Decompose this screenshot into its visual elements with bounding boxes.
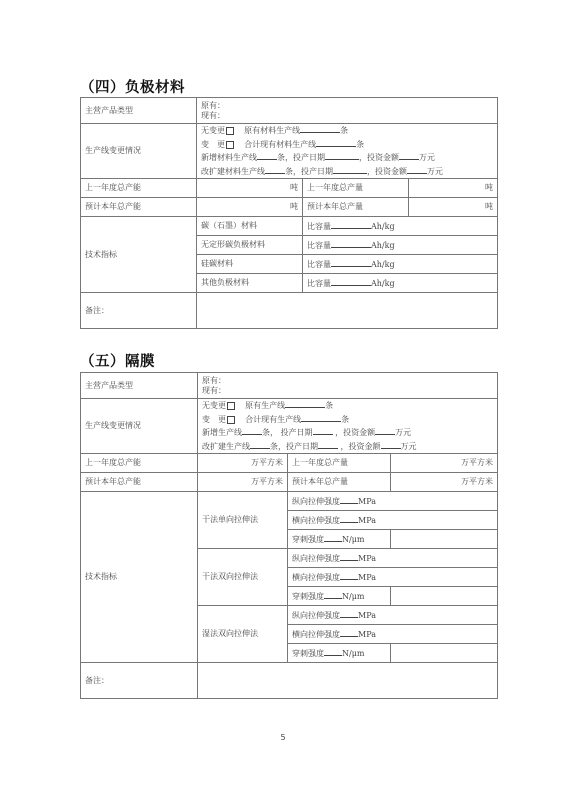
section-4-title: （四）负极材料 [80, 76, 185, 97]
spec-field[interactable]: 纵向拉伸强度MPa [288, 492, 498, 511]
est-output-label: 预计本年总产量 [288, 473, 391, 492]
remarks-label: 备注： [81, 663, 198, 699]
method-name: 湿法双向拉伸法 [198, 606, 288, 663]
spec-extra-field[interactable] [391, 644, 498, 663]
spec-extra-field[interactable] [391, 530, 498, 549]
material-name: 硅碳材料 [197, 255, 303, 274]
changed-checkbox[interactable] [226, 141, 234, 149]
method-name: 干法单向拉伸法 [198, 492, 288, 549]
material-name: 无定形碳负极材料 [197, 236, 303, 255]
page-number: 5 [0, 733, 566, 742]
material-spec[interactable]: 比容量Ah/kg [303, 236, 498, 255]
separator-table: 主营产品类型 原有： 现有： 生产线变更情况 无变更 原有生产线条 变 更 合计… [80, 372, 498, 699]
est-capacity-field[interactable]: 吨 [197, 198, 303, 217]
spec-field[interactable]: 横向拉伸强度MPa [288, 625, 498, 644]
spec-field[interactable]: 纵向拉伸强度MPa [288, 606, 498, 625]
material-spec[interactable]: 比容量Ah/kg [303, 274, 498, 293]
last-year-output-field[interactable]: 吨 [409, 179, 498, 198]
original-label: 原有： [202, 376, 493, 386]
remarks-field[interactable] [198, 663, 498, 699]
changed-checkbox[interactable] [227, 416, 235, 424]
est-output-label: 预计本年总产量 [303, 198, 409, 217]
last-year-capacity-field[interactable]: 万平方米 [198, 454, 288, 473]
est-capacity-label: 预计本年总产能 [81, 198, 197, 217]
material-spec[interactable]: 比容量Ah/kg [303, 217, 498, 236]
material-name: 其他负极材料 [197, 274, 303, 293]
est-output-field[interactable]: 吨 [409, 198, 498, 217]
tech-label: 技术指标 [81, 492, 198, 663]
last-year-output-label: 上一年度总产量 [303, 179, 409, 198]
spec-field[interactable]: 穿刺强度N/μm [288, 587, 391, 606]
last-year-capacity-label: 上一年度总产能 [81, 454, 198, 473]
no-change-checkbox[interactable] [227, 402, 235, 410]
product-type-label: 主营产品类型 [81, 98, 197, 124]
last-year-output-label: 上一年度总产量 [288, 454, 391, 473]
line-change-field[interactable]: 无变更 原有材料生产线条 变 更 合计现有材料生产线条 新增材料生产线条，投产日… [197, 124, 498, 179]
est-capacity-label: 预计本年总产能 [81, 473, 198, 492]
line-change-field[interactable]: 无变更 原有生产线条 变 更 合计现有生产线条 新增生产线条， 投产日期 ，投资… [198, 399, 498, 454]
section-5-title: （五）隔膜 [80, 350, 155, 371]
last-year-capacity-field[interactable]: 吨 [197, 179, 303, 198]
last-year-output-field[interactable]: 万平方米 [391, 454, 498, 473]
anode-material-table: 主营产品类型 原有： 现有： 生产线变更情况 无变更 原有材料生产线条 变 更 … [80, 97, 498, 329]
line-change-label: 生产线变更情况 [81, 124, 197, 179]
spec-field[interactable]: 横向拉伸强度MPa [288, 568, 498, 587]
spec-extra-field[interactable] [391, 587, 498, 606]
spec-field[interactable]: 穿刺强度N/μm [288, 530, 391, 549]
spec-field[interactable]: 横向拉伸强度MPa [288, 511, 498, 530]
est-output-field[interactable]: 万平方米 [391, 473, 498, 492]
current-label: 现有： [202, 386, 493, 396]
method-name: 干法双向拉伸法 [198, 549, 288, 606]
product-type-field[interactable]: 原有： 现有： [198, 373, 498, 399]
last-year-capacity-label: 上一年度总产能 [81, 179, 197, 198]
spec-field[interactable]: 穿刺强度N/μm [288, 644, 391, 663]
original-label: 原有： [201, 101, 493, 111]
product-type-field[interactable]: 原有： 现有： [197, 98, 498, 124]
line-change-label: 生产线变更情况 [81, 399, 198, 454]
est-capacity-field[interactable]: 万平方米 [198, 473, 288, 492]
remarks-field[interactable] [197, 293, 498, 329]
product-type-label: 主营产品类型 [81, 373, 198, 399]
tech-label: 技术指标 [81, 217, 197, 293]
remarks-label: 备注： [81, 293, 197, 329]
spec-field[interactable]: 纵向拉伸强度MPa [288, 549, 498, 568]
current-label: 现有： [201, 111, 493, 121]
material-name: 碳（石墨）材料 [197, 217, 303, 236]
material-spec[interactable]: 比容量Ah/kg [303, 255, 498, 274]
no-change-checkbox[interactable] [226, 127, 234, 135]
